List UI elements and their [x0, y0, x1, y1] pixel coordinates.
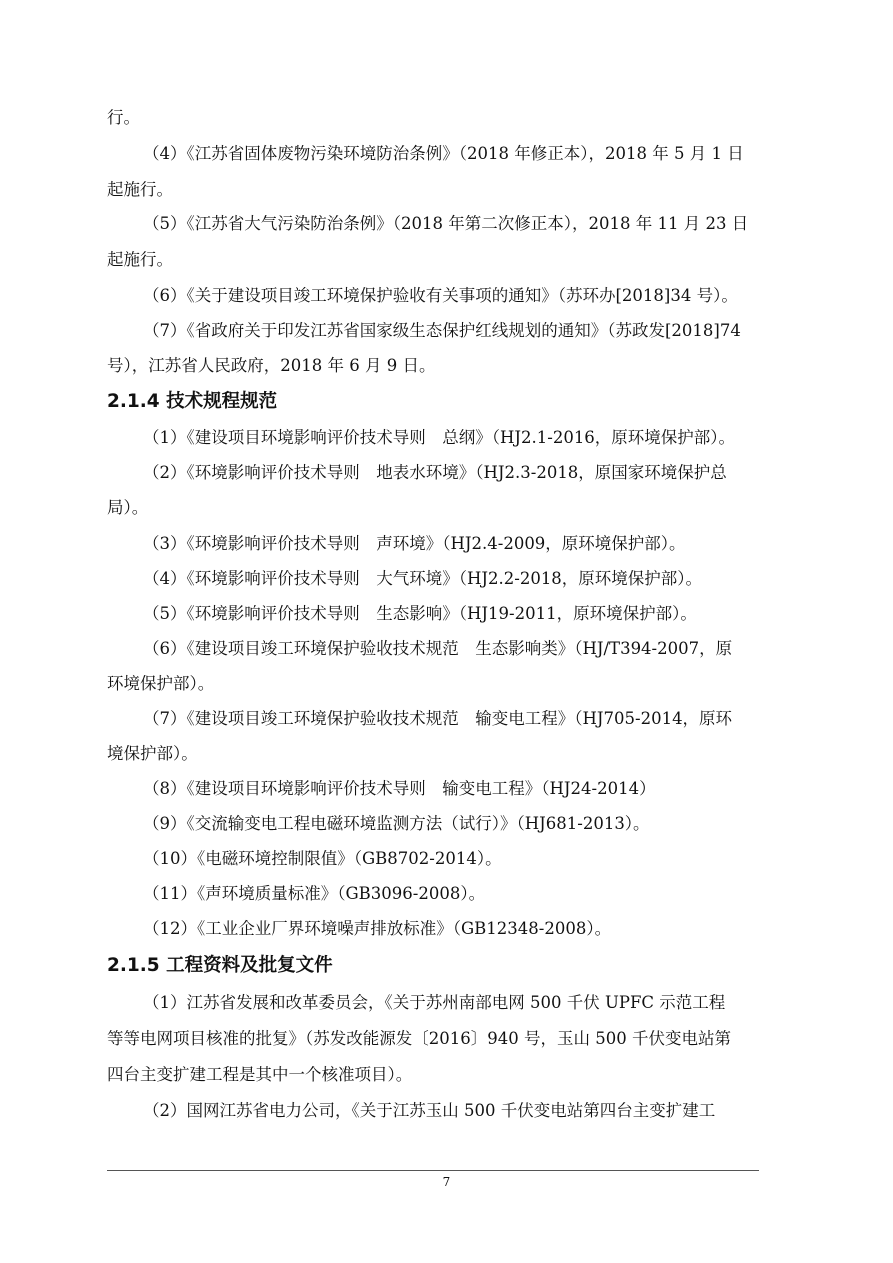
section-heading-2-1-4: 2.1.4 技术规程规范	[107, 390, 277, 414]
reference-item-line: 局）。	[107, 497, 148, 519]
paragraph-line: 起施行。	[107, 249, 173, 271]
footer-divider	[107, 1170, 759, 1171]
paragraph-line: 号），江苏省人民政府，2018 年 6 月 9 日。	[107, 355, 435, 377]
reference-item-line: （11）《声环境质量标准》（GB3096-2008）。	[143, 883, 485, 905]
reference-item-line: 环境保护部）。	[107, 673, 214, 695]
paragraph-line: （6）《关于建设项目竣工环境保护验收有关事项的通知》（苏环办[2018]34 号…	[143, 285, 738, 307]
reference-item-line: 境保护部）。	[107, 743, 198, 765]
reference-item-line: （8）《建设项目环境影响评价技术导则 输变电工程》（HJ24-2014）	[143, 778, 656, 800]
reference-item-line: （1）《建设项目环境影响评价技术导则 总纲》（HJ2.1-2016，原环境保护部…	[143, 427, 735, 449]
reference-item-line: （3）《环境影响评价技术导则 声环境》（HJ2.4-2009，原环境保护部）。	[143, 533, 686, 555]
reference-item-line: （10）《电磁环境控制限值》（GB8702-2014）。	[143, 848, 502, 870]
paragraph-line: （4）《江苏省固体废物污染环境防治条例》（2018 年修正本），2018 年 5…	[143, 143, 744, 165]
paragraph-line: 行。	[107, 107, 140, 129]
reference-item-line: （2）《环境影响评价技术导则 地表水环境》（HJ2.3-2018，原国家环境保护…	[143, 462, 727, 484]
paragraph-line: （5）《江苏省大气污染防治条例》（2018 年第二次修正本），2018 年 11…	[143, 213, 748, 235]
page-number: 7	[0, 1174, 893, 1190]
reference-item-line: （6）《建设项目竣工环境保护验收技术规范 生态影响类》（HJ/T394-2007…	[143, 638, 732, 660]
reference-item-line: （7）《建设项目竣工环境保护验收技术规范 输变电工程》（HJ705-2014，原…	[143, 708, 732, 730]
reference-item-line: （9）《交流输变电工程电磁环境监测方法（试行）》（HJ681-2013）。	[143, 813, 650, 835]
reference-item-line: 等等电网项目核准的批复》（苏发改能源发〔2016〕940 号，玉山 500 千伏…	[107, 1028, 731, 1050]
section-heading-2-1-5: 2.1.5 工程资料及批复文件	[107, 954, 333, 978]
paragraph-line: （7）《省政府关于印发江苏省国家级生态保护红线规划的通知》（苏政发[2018]7…	[143, 320, 741, 342]
reference-item-line: （4）《环境影响评价技术导则 大气环境》（HJ2.2-2018，原环境保护部）。	[143, 568, 702, 590]
reference-item-line: 四台主变扩建工程是其中一个核准项目）。	[107, 1064, 412, 1086]
reference-item-line: （2）国网江苏省电力公司，《关于江苏玉山 500 千伏变电站第四台主变扩建工	[143, 1100, 715, 1122]
reference-item-line: （1）江苏省发展和改革委员会，《关于苏州南部电网 500 千伏 UPFC 示范工…	[143, 992, 725, 1014]
paragraph-line: 起施行。	[107, 179, 173, 201]
reference-item-line: （5）《环境影响评价技术导则 生态影响》（HJ19-2011，原环境保护部）。	[143, 603, 697, 625]
reference-item-line: （12）《工业企业厂界环境噪声排放标准》（GB12348-2008）。	[143, 918, 611, 940]
